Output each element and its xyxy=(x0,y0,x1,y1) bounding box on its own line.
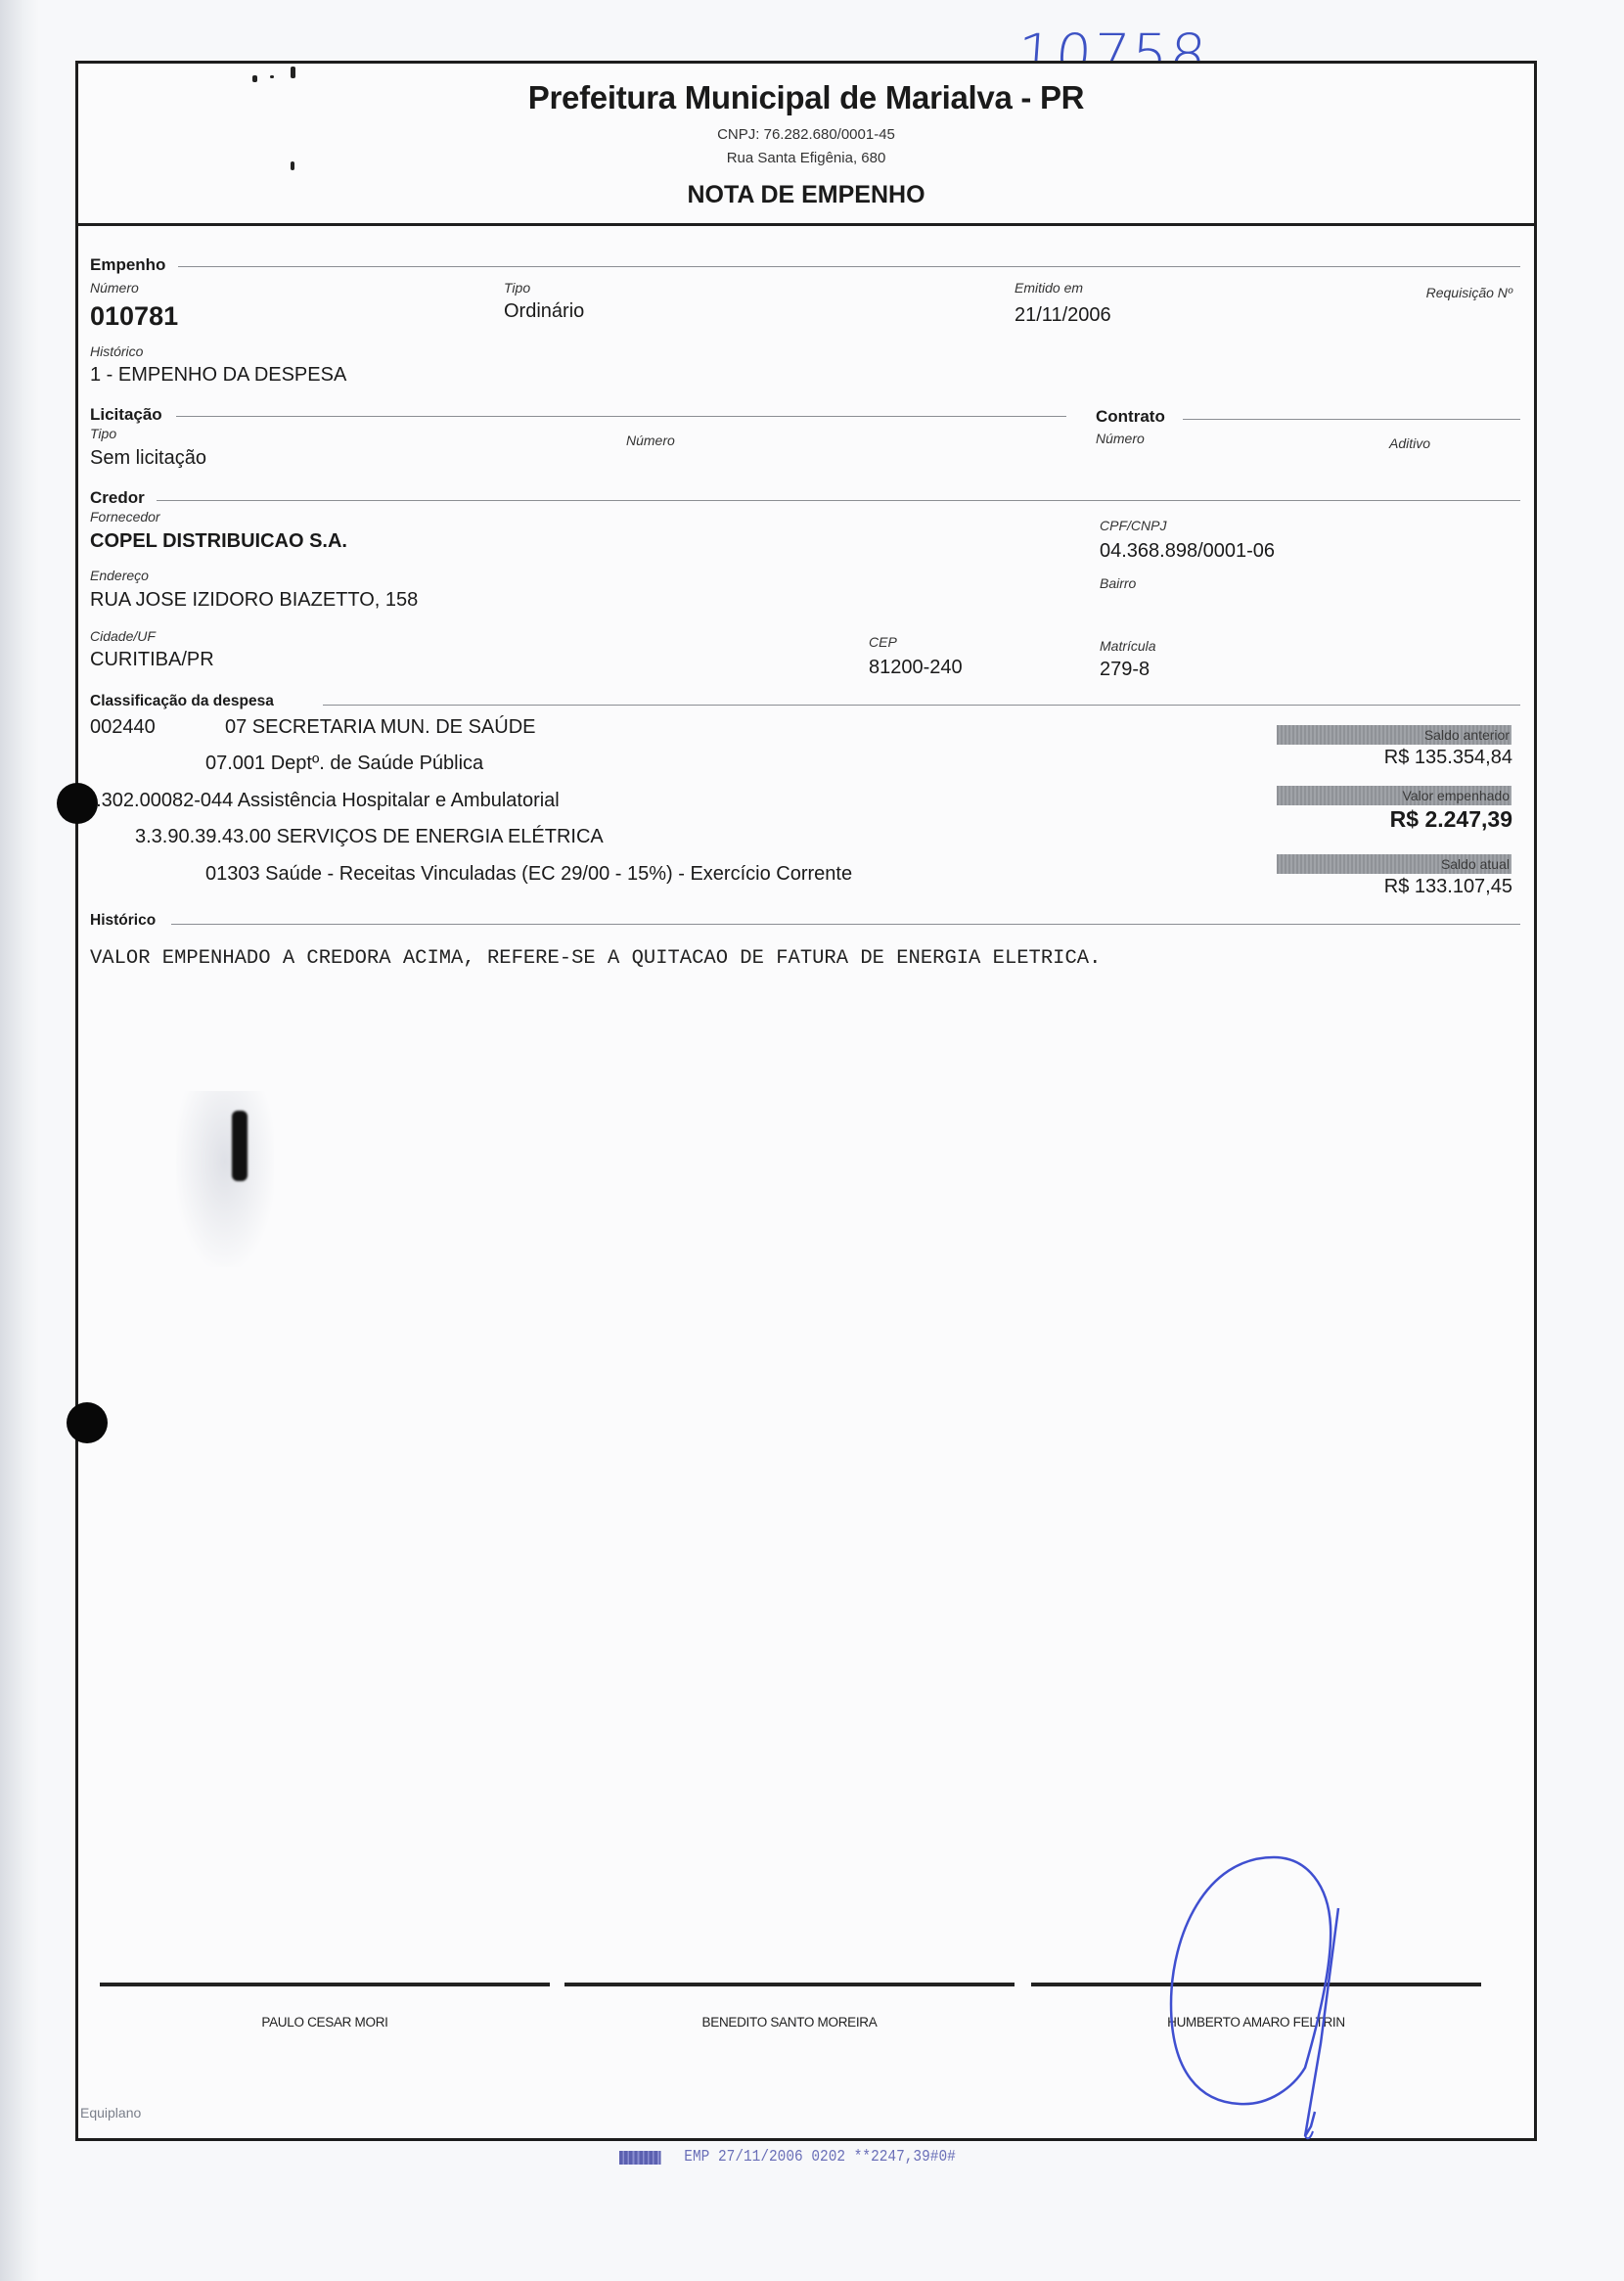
signature-line-2 xyxy=(564,1983,1015,1986)
credor-cidade-label: Cidade/UF xyxy=(90,628,156,644)
ink-blot xyxy=(232,1111,248,1181)
document-frame: Prefeitura Municipal de Marialva - PR CN… xyxy=(75,61,1537,2141)
organization-title: Prefeitura Municipal de Marialva - PR xyxy=(78,79,1534,116)
classificacao-line-unidade: 07.001 Deptº. de Saúde Pública xyxy=(205,753,483,775)
organization-cnpj: CNPJ: 76.282.680/0001-45 xyxy=(78,126,1534,143)
contrato-numero-label: Número xyxy=(1096,431,1145,446)
scan-edge-shadow xyxy=(0,0,39,2281)
contrato-aditivo-label: Aditivo xyxy=(1389,435,1430,451)
credor-bairro-label: Bairro xyxy=(1100,575,1136,591)
saldo-atual-bar: Saldo atual xyxy=(1277,854,1511,874)
credor-cep-value: 81200-240 xyxy=(869,657,963,679)
section-contrato-heading: Contrato xyxy=(1096,407,1165,427)
classificacao-line-orgao: 07 SECRETARIA MUN. DE SAÚDE xyxy=(225,716,535,739)
credor-cidade-value: CURITIBA/PR xyxy=(90,649,214,671)
credor-matricula-label: Matrícula xyxy=(1100,638,1156,654)
signature-name-1: PAULO CESAR MORI xyxy=(100,2015,550,2030)
section-divider xyxy=(178,266,1520,267)
credor-fornecedor-value: COPEL DISTRIBUICAO S.A. xyxy=(90,530,347,553)
scan-speck xyxy=(270,75,274,78)
footer-brand: Equiplano xyxy=(80,2105,141,2121)
document-header: Prefeitura Municipal de Marialva - PR CN… xyxy=(78,64,1534,226)
scan-smudge xyxy=(176,1091,274,1267)
empenho-requisicao-label: Requisição Nº xyxy=(1426,285,1512,300)
empenho-tipo-label: Tipo xyxy=(504,280,530,296)
empenho-emitido-value: 21/11/2006 xyxy=(1015,304,1111,327)
signature-name-2: BENEDITO SANTO MOREIRA xyxy=(564,2015,1015,2030)
classificacao-line-fonte: 01303 Saúde - Receitas Vinculadas (EC 29… xyxy=(205,863,852,886)
section-classificacao-heading: Classificação da despesa xyxy=(90,693,274,710)
licitacao-numero-label: Número xyxy=(626,433,675,448)
credor-fornecedor-label: Fornecedor xyxy=(90,509,160,525)
credor-cep-label: CEP xyxy=(869,634,897,650)
section-historico-heading: Histórico xyxy=(90,912,156,930)
empenho-historico-value: 1 - EMPENHO DA DESPESA xyxy=(90,364,346,387)
licitacao-tipo-value: Sem licitação xyxy=(90,447,206,470)
scan-speck xyxy=(291,67,295,78)
credor-endereco-value: RUA JOSE IZIDORO BIAZETTO, 158 xyxy=(90,589,418,612)
saldo-anterior-value: R$ 135.354,84 xyxy=(1384,747,1512,769)
section-divider xyxy=(171,924,1520,925)
signature-line-1 xyxy=(100,1983,550,1986)
credor-cpfcnpj-label: CPF/CNPJ xyxy=(1100,518,1166,533)
bank-stamp-text: EMP 27/11/2006 0202 **2247,39#0# xyxy=(684,2148,955,2167)
valor-empenhado-value: R$ 2.247,39 xyxy=(1390,806,1512,833)
section-divider xyxy=(176,416,1066,417)
punch-hole-icon xyxy=(57,783,98,824)
historico-text: VALOR EMPENHADO A CREDORA ACIMA, REFERE-… xyxy=(90,947,1101,970)
empenho-numero-value: 010781 xyxy=(90,301,178,332)
section-divider xyxy=(157,500,1520,501)
empenho-historico-label: Histórico xyxy=(90,343,143,359)
section-empenho-heading: Empenho xyxy=(90,255,165,275)
saldo-anterior-bar: Saldo anterior xyxy=(1277,725,1511,745)
organization-address: Rua Santa Efigênia, 680 xyxy=(78,150,1534,166)
credor-cpfcnpj-value: 04.368.898/0001-06 xyxy=(1100,540,1275,563)
section-licitacao-heading: Licitação xyxy=(90,405,162,425)
empenho-tipo-value: Ordinário xyxy=(504,300,584,323)
section-divider xyxy=(323,705,1520,706)
saldo-atual-value: R$ 133.107,45 xyxy=(1384,876,1512,898)
empenho-emitido-label: Emitido em xyxy=(1015,280,1083,296)
bank-logo-icon xyxy=(619,2151,661,2165)
section-credor-heading: Credor xyxy=(90,488,145,508)
valor-empenhado-bar: Valor empenhado xyxy=(1277,786,1511,805)
licitacao-tipo-label: Tipo xyxy=(90,426,116,441)
empenho-numero-label: Número xyxy=(90,280,139,296)
handwritten-signature-icon xyxy=(1147,1848,1401,2161)
section-divider xyxy=(1183,419,1520,420)
classificacao-code: 002440 xyxy=(90,716,156,739)
classificacao-line-funcional: 0.302.00082-044 Assistência Hospitalar e… xyxy=(85,790,560,812)
document-title: NOTA DE EMPENHO xyxy=(78,181,1534,209)
credor-matricula-value: 279-8 xyxy=(1100,659,1150,681)
credor-endereco-label: Endereço xyxy=(90,568,149,583)
bank-stamp: EMP 27/11/2006 0202 **2247,39#0# xyxy=(619,2148,956,2167)
classificacao-line-elemento: 3.3.90.39.43.00 SERVIÇOS DE ENERGIA ELÉT… xyxy=(135,826,604,848)
punch-hole-icon xyxy=(67,1402,108,1443)
